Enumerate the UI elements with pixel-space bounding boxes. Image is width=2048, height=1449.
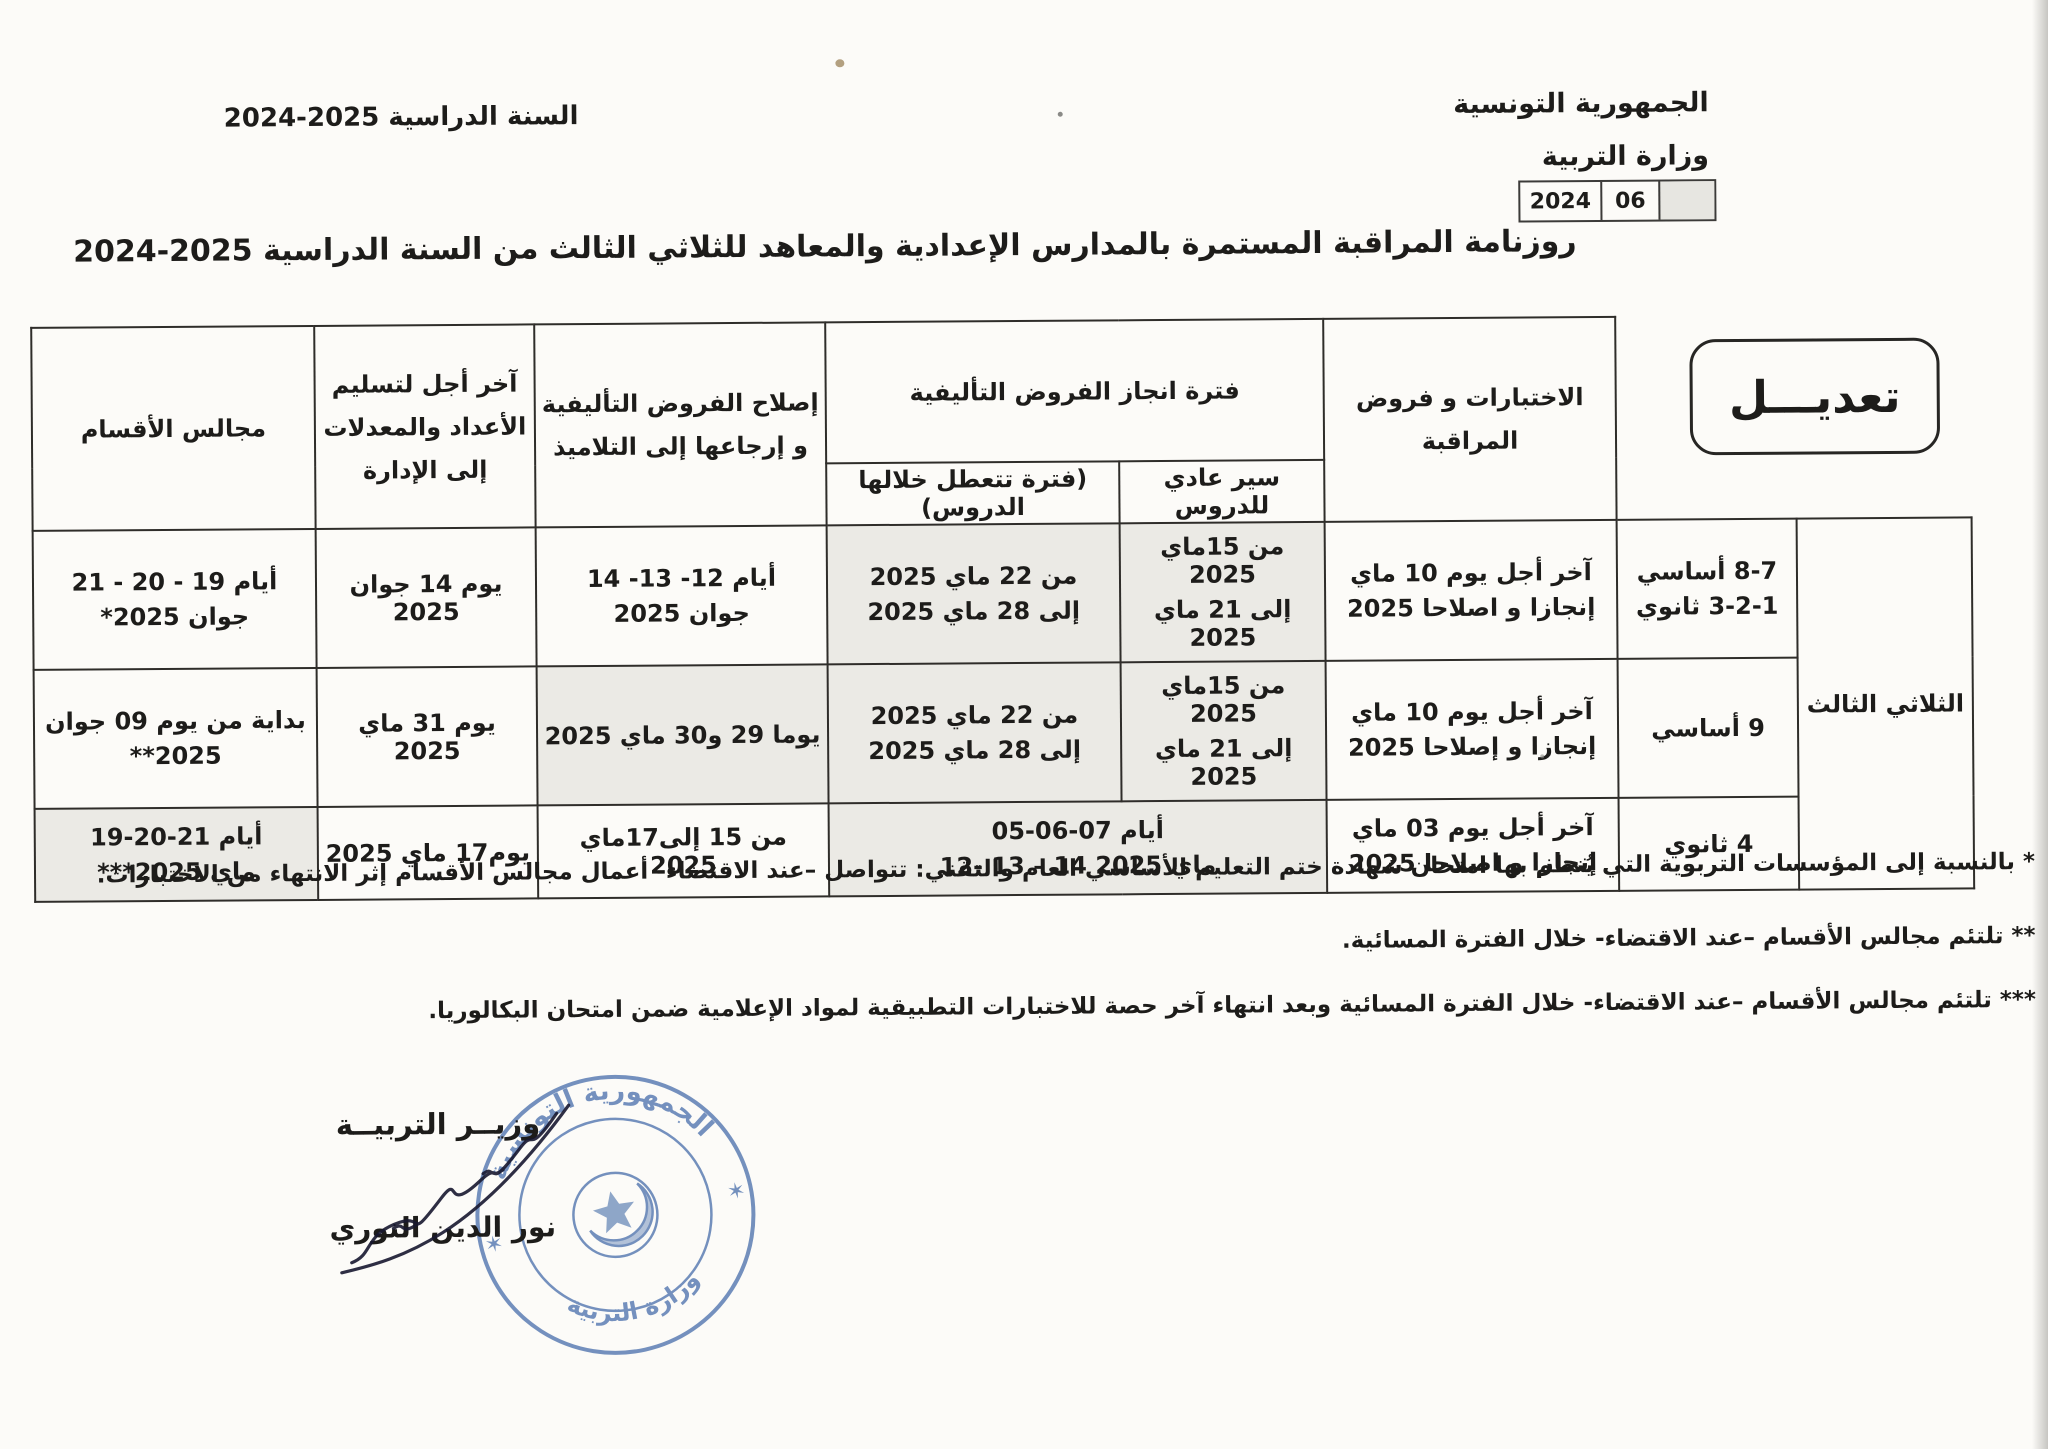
cell-correction-dates: يوما 29 و30 ماي 2025 xyxy=(537,664,829,805)
table-row-grade-9: 9 أساسي آخر أجل يوم 10 ماي2025 إنجازا و … xyxy=(34,656,1974,809)
scan-speck xyxy=(1058,112,1063,117)
header-marks-deadline: آخر أجل لتسليمالأعداد والمعدلاتإلى الإدا… xyxy=(314,324,535,529)
document-title: روزنامة المراقبة المستمرة بالمدارس الإعد… xyxy=(97,224,1577,269)
scan-speck xyxy=(835,59,844,67)
date-reference-box: 2024 06 xyxy=(1518,179,1716,222)
date-box-empty-cell xyxy=(1658,181,1714,219)
empty-corner-cell xyxy=(1616,457,1796,520)
subheader-suspended-lessons: (فترة تتعطل خلالها الدروس) xyxy=(826,461,1119,525)
date-box-year: 2024 xyxy=(1520,182,1600,221)
cell-grade: 9 أساسي xyxy=(1618,658,1799,798)
cell-councils-dates: بداية من يوم 09 جوان2025** xyxy=(34,668,318,809)
ministry-label: وزارة التربية xyxy=(1453,142,1709,171)
header-test-completion-period: فترة انجاز الفروض التأليفية xyxy=(825,319,1324,463)
table-row-grades-7-8: الثلاثي الثالث 8-7 أساسي3-2-1 ثانوي آخر … xyxy=(33,517,1973,670)
republic-label: الجمهورية التونسية xyxy=(1453,89,1709,118)
stamp-star-icon: ✶ xyxy=(725,1178,748,1206)
empty-corner-cell xyxy=(1615,316,1796,458)
subheader-normal-lessons: سير عادي للدروس xyxy=(1119,460,1324,523)
cell-suspended-period: من 22 ماي 2025إلى 28 ماي 2025 xyxy=(828,662,1122,803)
cell-councils-dates: أيام 19 - 20 - 21جوان 2025* xyxy=(33,529,317,670)
school-year-label: السنة الدراسية 2025-2024 xyxy=(224,101,579,133)
header-correction-return: إصلاح الفروض التأليفيةو إرجاعها إلى التل… xyxy=(534,322,826,527)
cell-normal-period: من 15ماي 2025إلى 21 ماي 2025 xyxy=(1120,522,1326,662)
assessment-calendar-table: الاختبارات و فروضالمراقبة فترة انجاز الف… xyxy=(30,313,1975,903)
scanned-document-page: السنة الدراسية 2025-2024 الجمهورية التون… xyxy=(0,0,2048,1449)
cell-exams-deadline: آخر أجل يوم 10 ماي2025 إنجازا و إصلاحا xyxy=(1326,659,1619,800)
empty-corner-cell xyxy=(1796,455,1971,518)
cell-correction-dates: أيام 12- 13- 14جوان 2025 xyxy=(536,525,828,666)
date-box-month: 06 xyxy=(1600,182,1658,220)
cell-grade: 8-7 أساسي3-2-1 ثانوي xyxy=(1617,519,1798,659)
cell-marks-deadline: يوم 14 جوان 2025 xyxy=(316,527,537,668)
cell-marks-deadline: يوم 31 ماي 2025 xyxy=(317,666,538,807)
header-exams-tests: الاختبارات و فروضالمراقبة xyxy=(1323,317,1616,522)
footnote-3: *** تلتئم مجالس الأقسام –عند الاقتضاء- خ… xyxy=(428,987,2036,1024)
table-header-row-1: الاختبارات و فروضالمراقبة فترة انجاز الف… xyxy=(31,314,1971,469)
cell-suspended-period: من 22 ماي 2025إلى 28 ماي 2025 xyxy=(827,523,1121,664)
empty-corner-cell xyxy=(1795,314,1971,456)
government-header: الجمهورية التونسية وزارة التربية xyxy=(1453,89,1709,171)
document-sheet: السنة الدراسية 2025-2024 الجمهورية التون… xyxy=(0,0,2048,1449)
handwritten-signature xyxy=(332,1075,593,1287)
footnote-2: ** تلتئم مجالس الأقسام –عند الاقتضاء- خل… xyxy=(1342,923,2036,954)
cell-trimester: الثلاثي الثالث xyxy=(1797,517,1975,889)
cell-exams-deadline: آخر أجل يوم 10 ماي2025 إنجازا و اصلاحا xyxy=(1325,520,1618,661)
cell-normal-period: من 15ماي 2025إلى 21 ماي 2025 xyxy=(1121,661,1327,801)
scan-speck xyxy=(1540,754,1544,758)
header-class-councils: مجالس الأقسام xyxy=(31,326,315,531)
